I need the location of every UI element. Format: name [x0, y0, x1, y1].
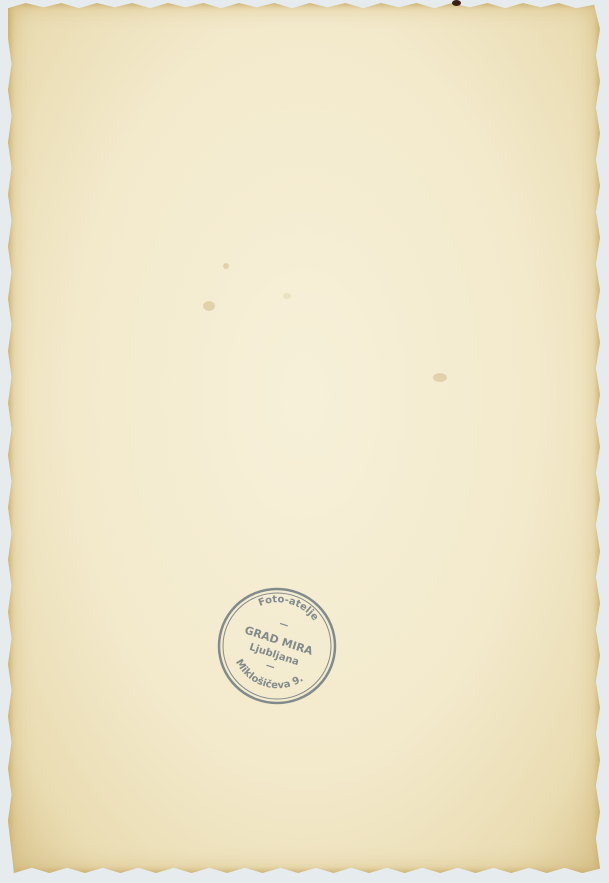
- stain: [203, 301, 215, 311]
- stamp-divider-bottom: —: [264, 661, 276, 673]
- stamp-divider-top: —: [278, 619, 290, 631]
- stain: [283, 293, 291, 299]
- stain: [433, 373, 447, 382]
- studio-stamp: Foto-atelje — GRAD MIRA Ljubljana — Mikl…: [216, 586, 338, 706]
- photo-back: [8, 3, 600, 873]
- stain: [223, 263, 229, 269]
- ink-spot: [452, 0, 461, 6]
